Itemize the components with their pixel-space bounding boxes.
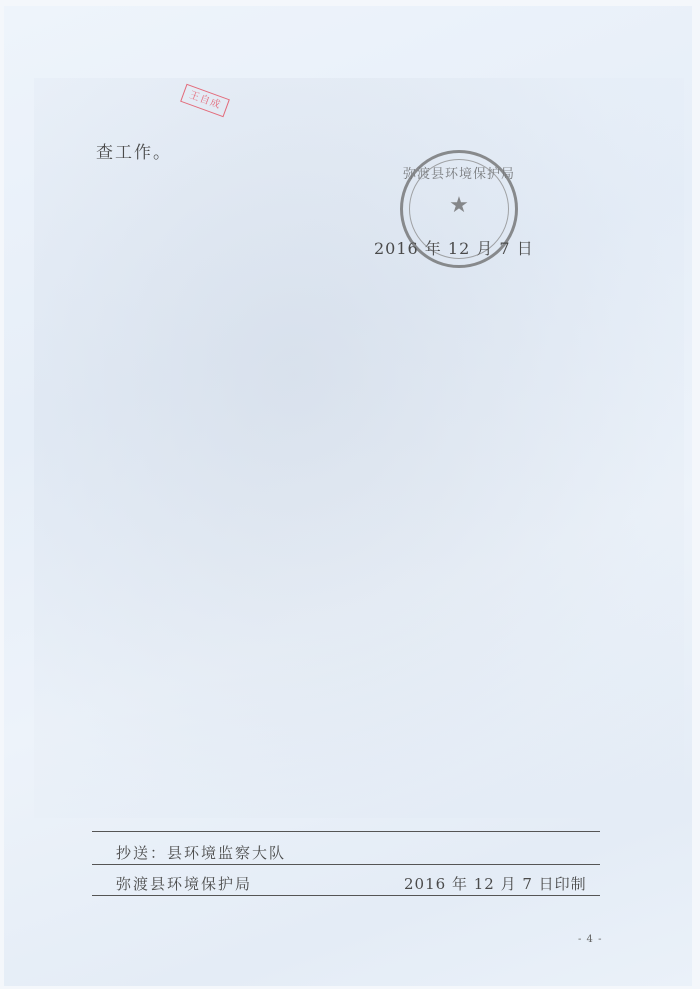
- star-icon: ★: [403, 193, 515, 218]
- cc-label: 抄送：: [116, 844, 167, 862]
- divider: [92, 864, 600, 865]
- divider: [92, 831, 600, 832]
- cc-line: 抄送：县环境监察大队: [116, 842, 286, 863]
- cc-recipient: 县环境监察大队: [167, 844, 286, 862]
- signature-date: 2016 年 12 月 7 日: [374, 236, 534, 259]
- print-date: 2016 年 12 月 7 日印制: [404, 873, 587, 894]
- closing-text: 查工作。: [96, 138, 172, 163]
- page-number: - 4 -: [578, 934, 602, 945]
- issuer: 弥渡县环境保护局: [116, 873, 252, 894]
- scan-shading: [34, 78, 684, 818]
- seal-text: 弥渡县环境保护局: [403, 163, 515, 182]
- divider: [92, 895, 600, 896]
